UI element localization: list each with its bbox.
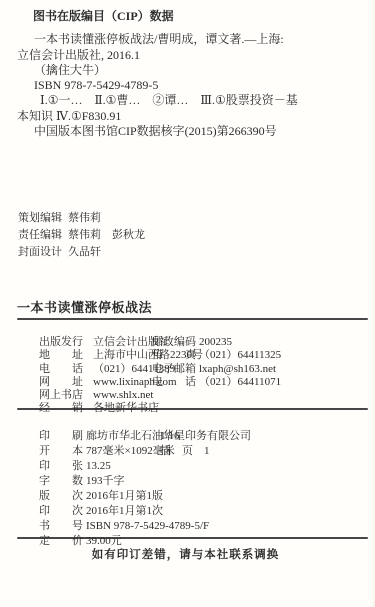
info-value-secondary: （021）64411325 [199, 349, 281, 361]
info-row: 定 价39.00元 [17, 519, 368, 534]
cip-line: ISBN 978-7-5429-4789-5 [17, 78, 298, 93]
cip-block: 图书在版编目（CIP）数据 一本书读懂涨停板战法/曹明成，谭文著.—上海: 立信… [17, 9, 298, 139]
publishing-info-table: 出版发行立信会计出版社 地 址上海市中山西路2230号 邮政编码200235 电… [17, 320, 368, 408]
info-row: 书 号ISBN 978-7-5429-4789-5/F [17, 504, 368, 519]
cip-line: Ⅰ.①一… Ⅱ.①曹… ②谭… Ⅲ.①股票投资－基 [17, 93, 298, 108]
info-row: 网上书店www.shlx.net 电 话（021）64411071 [17, 376, 368, 389]
editor-role-label: 策划编辑 [18, 212, 62, 224]
cip-line: 一本书读懂涨停板战法/曹明成，谭文著.—上海: [17, 32, 298, 47]
printing-info-table: 印 刷廊坊市华北石油华星印务有限公司 开 本787毫米×1092毫米 1/16 … [17, 410, 368, 537]
info-value-secondary: 200235 [199, 336, 232, 348]
copyright-page: 图书在版编目（CIP）数据 一本书读懂涨停板战法/曹明成，谭文著.—上海: 立信… [0, 0, 375, 607]
cip-heading: 图书在版编目（CIP）数据 [17, 9, 298, 24]
info-row: 印 刷廊坊市华北石油华星印务有限公司 [17, 414, 368, 429]
info-value-secondary: 插 页 1 [160, 444, 210, 459]
info-row: 电 话（021）64411389 传 真（021）64411325 [17, 349, 368, 362]
info-label-secondary: 邮政编码 [152, 336, 196, 348]
editor-name: 久品轩 [68, 246, 101, 258]
info-row: 出版发行立信会计出版社 [17, 323, 368, 336]
info-label-secondary: 电子邮箱 [152, 363, 196, 375]
info-label: 定 价 [39, 535, 83, 547]
editor-row: 责任编辑蔡伟莉 彭秋龙 [18, 227, 145, 244]
info-value: 39.00元 [86, 535, 122, 547]
editor-row: 封面设计久品轩 [18, 244, 145, 261]
editor-row: 策划编辑蔡伟莉 [18, 210, 145, 227]
editor-role-label: 责任编辑 [18, 229, 62, 241]
info-value: 各地新华书店 [93, 402, 159, 414]
info-label: 经 销 [39, 402, 83, 414]
cip-line: 立信会计出版社, 2016.1 [17, 48, 298, 63]
info-row: 字 数193千字 [17, 459, 368, 474]
info-row: 网 址www.lixinaph.com 电子邮箱lxaph@sh163.net [17, 363, 368, 376]
info-value-secondary: 1/16 [160, 429, 180, 444]
info-value-secondary: （021）64411071 [199, 376, 281, 388]
cip-line: 本知识 Ⅳ.①F830.91 [17, 109, 298, 124]
editor-name: 蔡伟莉 [68, 212, 101, 224]
info-row: 印 张13.25 插 页 1 [17, 444, 368, 459]
editors-block: 策划编辑蔡伟莉 责任编辑蔡伟莉 彭秋龙 封面设计久品轩 [18, 210, 145, 261]
info-label-secondary: 电 话 [152, 376, 196, 388]
book-title: 一本书读懂涨停板战法 [17, 301, 368, 315]
info-value-secondary: lxaph@sh163.net [199, 363, 276, 375]
colophon: 一本书读懂涨停板战法 出版发行立信会计出版社 地 址上海市中山西路2230号 邮… [17, 301, 368, 562]
info-row: 地 址上海市中山西路2230号 邮政编码200235 [17, 336, 368, 349]
info-row: 经 销各地新华书店 [17, 389, 368, 402]
editor-role-label: 封面设计 [18, 246, 62, 258]
info-row: 印 次2016年1月第1次 [17, 489, 368, 504]
editor-name: 蔡伟莉 彭秋龙 [68, 229, 145, 241]
info-row: 开 本787毫米×1092毫米 1/16 [17, 429, 368, 444]
info-label-secondary: 传 真 [152, 349, 196, 361]
info-row: 版 次2016年1月第1版 [17, 474, 368, 489]
cip-line: 中国版本图书馆CIP数据核字(2015)第266390号 [17, 124, 298, 139]
cip-line: （擒住大牛） [17, 63, 298, 78]
